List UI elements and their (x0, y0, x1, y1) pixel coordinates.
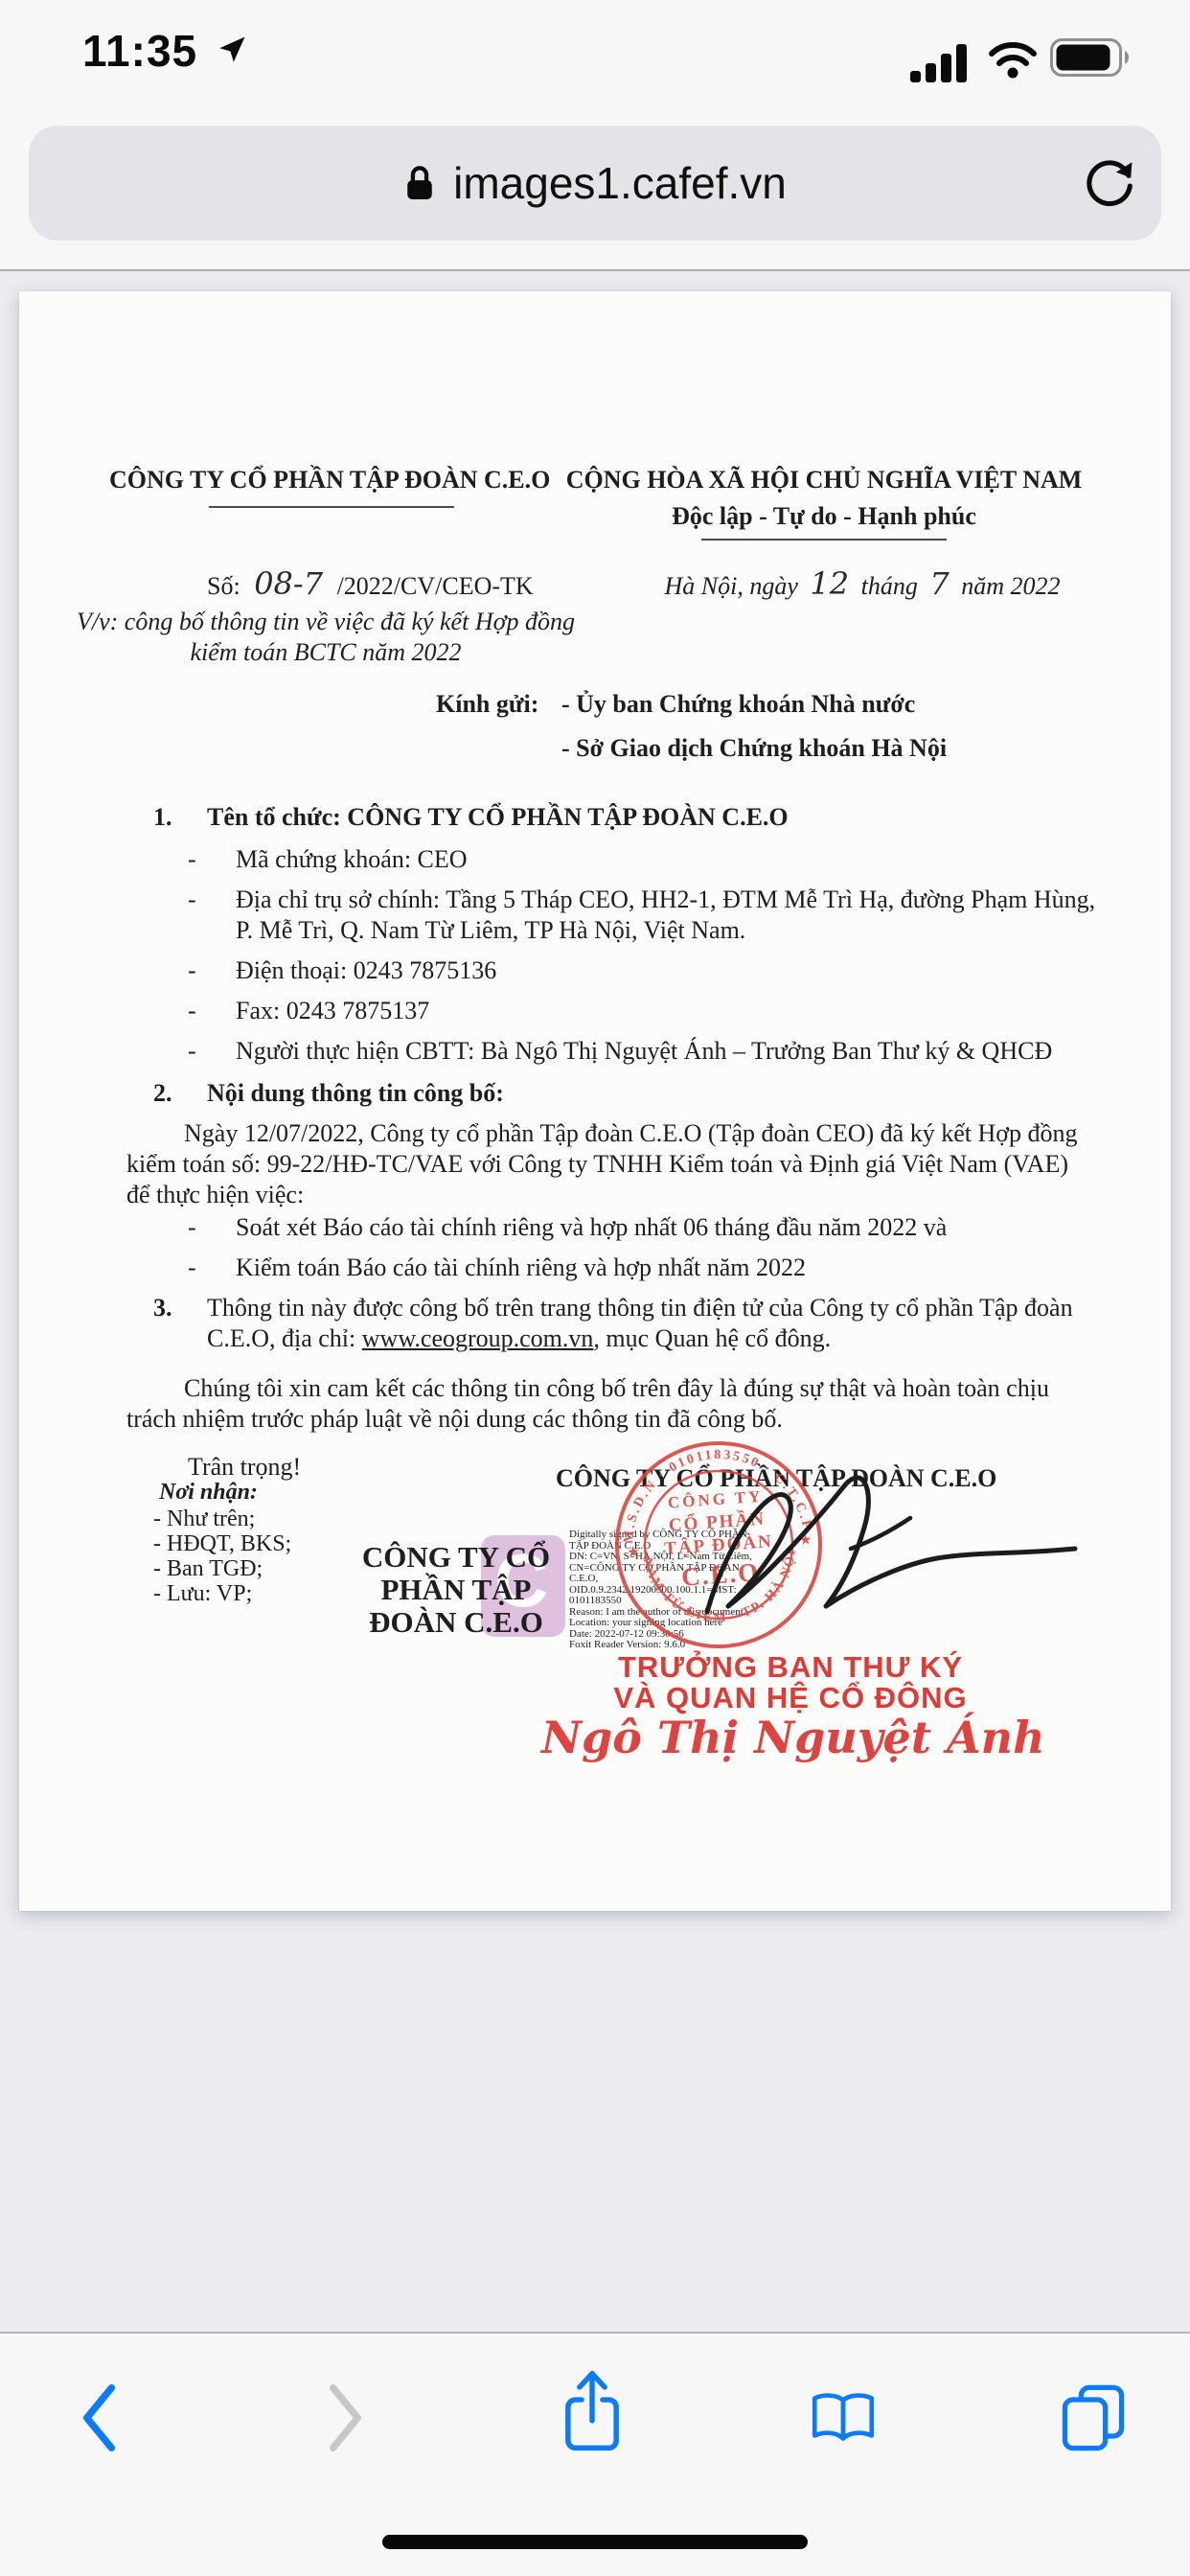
bullet-dash: - (188, 845, 196, 874)
url-text[interactable]: images1.cafef.vn (453, 157, 787, 209)
item1-phone: Điện thoại: 0243 7875136 (236, 956, 496, 985)
date-day-handwritten: 12 (804, 565, 855, 602)
item3-website-link: www.ceogroup.com.vn (362, 1324, 594, 1352)
bullet-dash: - (188, 885, 196, 914)
item3-line2-post: , mục Quan hệ cổ đông. (593, 1324, 831, 1352)
letterhead-motto: Độc lập - Tự do - Hạnh phúc (556, 502, 1092, 531)
bullet-dash: - (188, 956, 196, 985)
bullet-dash: - (188, 1253, 196, 1282)
subject-line-2: kiểm toán BCTC năm 2022 (77, 638, 575, 667)
cellular-signal-icon (910, 42, 977, 82)
date-mid: tháng (861, 572, 918, 600)
digital-signature-name-block: CÔNG TY CỔ PHẦN TẬP ĐOÀN C.E.O (328, 1541, 584, 1639)
letterhead-org-underline (209, 506, 454, 508)
ref-number-line: Số: 08-7 /2022/CV/CEO-TK (207, 565, 534, 602)
cc-item: - Ban TGĐ; (153, 1556, 263, 1582)
letterhead-republic: CỘNG HÒA XÃ HỘI CHỦ NGHĨA VIỆT NAM (556, 466, 1092, 494)
date-post: năm 2022 (961, 572, 1060, 600)
item1-fax: Fax: 0243 7875137 (236, 997, 429, 1025)
ref-number-handwritten: 08-7 (246, 565, 331, 602)
lock-icon (403, 162, 436, 204)
bookmarks-button[interactable] (800, 2375, 886, 2461)
commitment-line2: trách nhiệm trước pháp luật về nội dung … (126, 1405, 783, 1434)
signer-title-line1: TRƯỞNG BAN THƯ KÝ (541, 1650, 1040, 1685)
item1-disclosure-officer: Người thực hiện CBTT: Bà Ngô Thị Nguyệt … (236, 1037, 1052, 1066)
item1-address-line1: Địa chỉ trụ sở chính: Tầng 5 Tháp CEO, H… (236, 885, 1095, 914)
item2-bullet2: Kiểm toán Báo cáo tài chính riêng và hợp… (236, 1253, 806, 1282)
wifi-icon (989, 40, 1037, 80)
item1-ticker: Mã chứng khoán: CEO (236, 845, 468, 874)
subject-line-1: V/v: công bố thông tin về việc đã ký kết… (77, 608, 575, 636)
cc-item: - Như trên; (153, 1506, 255, 1532)
signer-name: Ngô Thị Nguyệt Ánh (541, 1712, 1040, 1763)
bullet-dash: - (188, 1037, 196, 1066)
signer-title-line2: VÀ QUAN HỆ CỔ ĐÔNG (541, 1681, 1040, 1715)
chevron-right-icon (333, 2388, 358, 2449)
cc-item: - Lưu: VP; (153, 1581, 252, 1607)
share-icon (559, 2366, 626, 2454)
digital-signature-name-line: CÔNG TY CỔ (328, 1541, 584, 1574)
item2-para-line3: để thực hiện việc: (126, 1181, 304, 1209)
item1-number: 1. (153, 803, 172, 832)
tabs-icon (1059, 2381, 1128, 2454)
document-page: CÔNG TY CỔ PHẦN TẬP ĐOÀN C.E.O CỘNG HÒA … (19, 291, 1171, 1911)
item3-number: 3. (153, 1294, 172, 1322)
chevron-left-icon (87, 2388, 112, 2449)
top-separator (0, 269, 1190, 271)
item2-bullet1: Soát xét Báo cáo tài chính riêng và hợp … (236, 1213, 947, 1242)
item3-line2: C.E.O, địa chỉ: www.ceogroup.com.vn, mục… (207, 1324, 831, 1353)
bullet-dash: - (188, 997, 196, 1025)
bullet-dash: - (188, 1213, 196, 1242)
book-icon (806, 2388, 881, 2448)
cc-item: - HĐQT, BKS; (153, 1531, 291, 1557)
item2-para-line2: kiểm toán số: 99-22/HĐ-TC/VAE với Công t… (126, 1150, 1068, 1179)
date-pre: Hà Nội, ngày (665, 572, 798, 600)
item3-line1: Thông tin này được công bố trên trang th… (207, 1294, 1073, 1322)
tabs-button[interactable] (1050, 2375, 1136, 2461)
ref-number-rest: /2022/CV/CEO-TK (337, 572, 534, 600)
item2-para-line1: Ngày 12/07/2022, Công ty cổ phần Tập đoà… (184, 1119, 1078, 1148)
share-button[interactable] (549, 2367, 635, 2453)
to-recipient-1: - Ủy ban Chứng khoán Nhà nước (561, 690, 915, 719)
commitment-line1: Chúng tôi xin cam kết các thông tin công… (184, 1374, 1049, 1403)
date-month-handwritten: 7 (924, 565, 954, 602)
item2-title: Nội dung thông tin công bố: (207, 1079, 504, 1108)
item2-number: 2. (153, 1079, 172, 1108)
letterhead-org-name: CÔNG TY CỔ PHẦN TẬP ĐOÀN C.E.O (109, 466, 550, 494)
item3-line2-pre: C.E.O, địa chỉ: (207, 1324, 362, 1352)
item1-title: Tên tổ chức: CÔNG TY CỔ PHẦN TẬP ĐOÀN C.… (207, 803, 789, 832)
battery-icon (1050, 38, 1131, 79)
address-bar-content: images1.cafef.vn (29, 126, 1161, 241)
cc-label: Nơi nhận: (159, 1480, 258, 1506)
home-indicator[interactable] (382, 2535, 808, 2549)
digital-signature-name-line: PHẦN TẬP (328, 1574, 584, 1606)
ref-label: Số: (207, 572, 240, 600)
location-arrow-icon (215, 33, 249, 67)
item1-address-line2: P. Mễ Trì, Q. Nam Từ Liêm, TP Hà Nội, Vi… (236, 916, 745, 945)
status-time: 11:35 (82, 25, 197, 77)
to-recipient-2: - Sở Giao dịch Chứng khoán Hà Nội (561, 734, 947, 763)
regards: Trân trọng! (188, 1453, 301, 1482)
handwritten-signature (632, 1460, 1092, 1643)
forward-button[interactable] (303, 2375, 389, 2461)
letterhead-motto-underline (701, 539, 947, 540)
digital-signature-name-line: ĐOÀN C.E.O (328, 1606, 584, 1639)
back-button[interactable] (56, 2375, 142, 2461)
to-label: Kính gửi: (436, 690, 538, 719)
reload-icon[interactable] (1079, 151, 1140, 213)
place-date-line: Hà Nội, ngày 12 tháng 7 năm 2022 (632, 565, 1092, 602)
